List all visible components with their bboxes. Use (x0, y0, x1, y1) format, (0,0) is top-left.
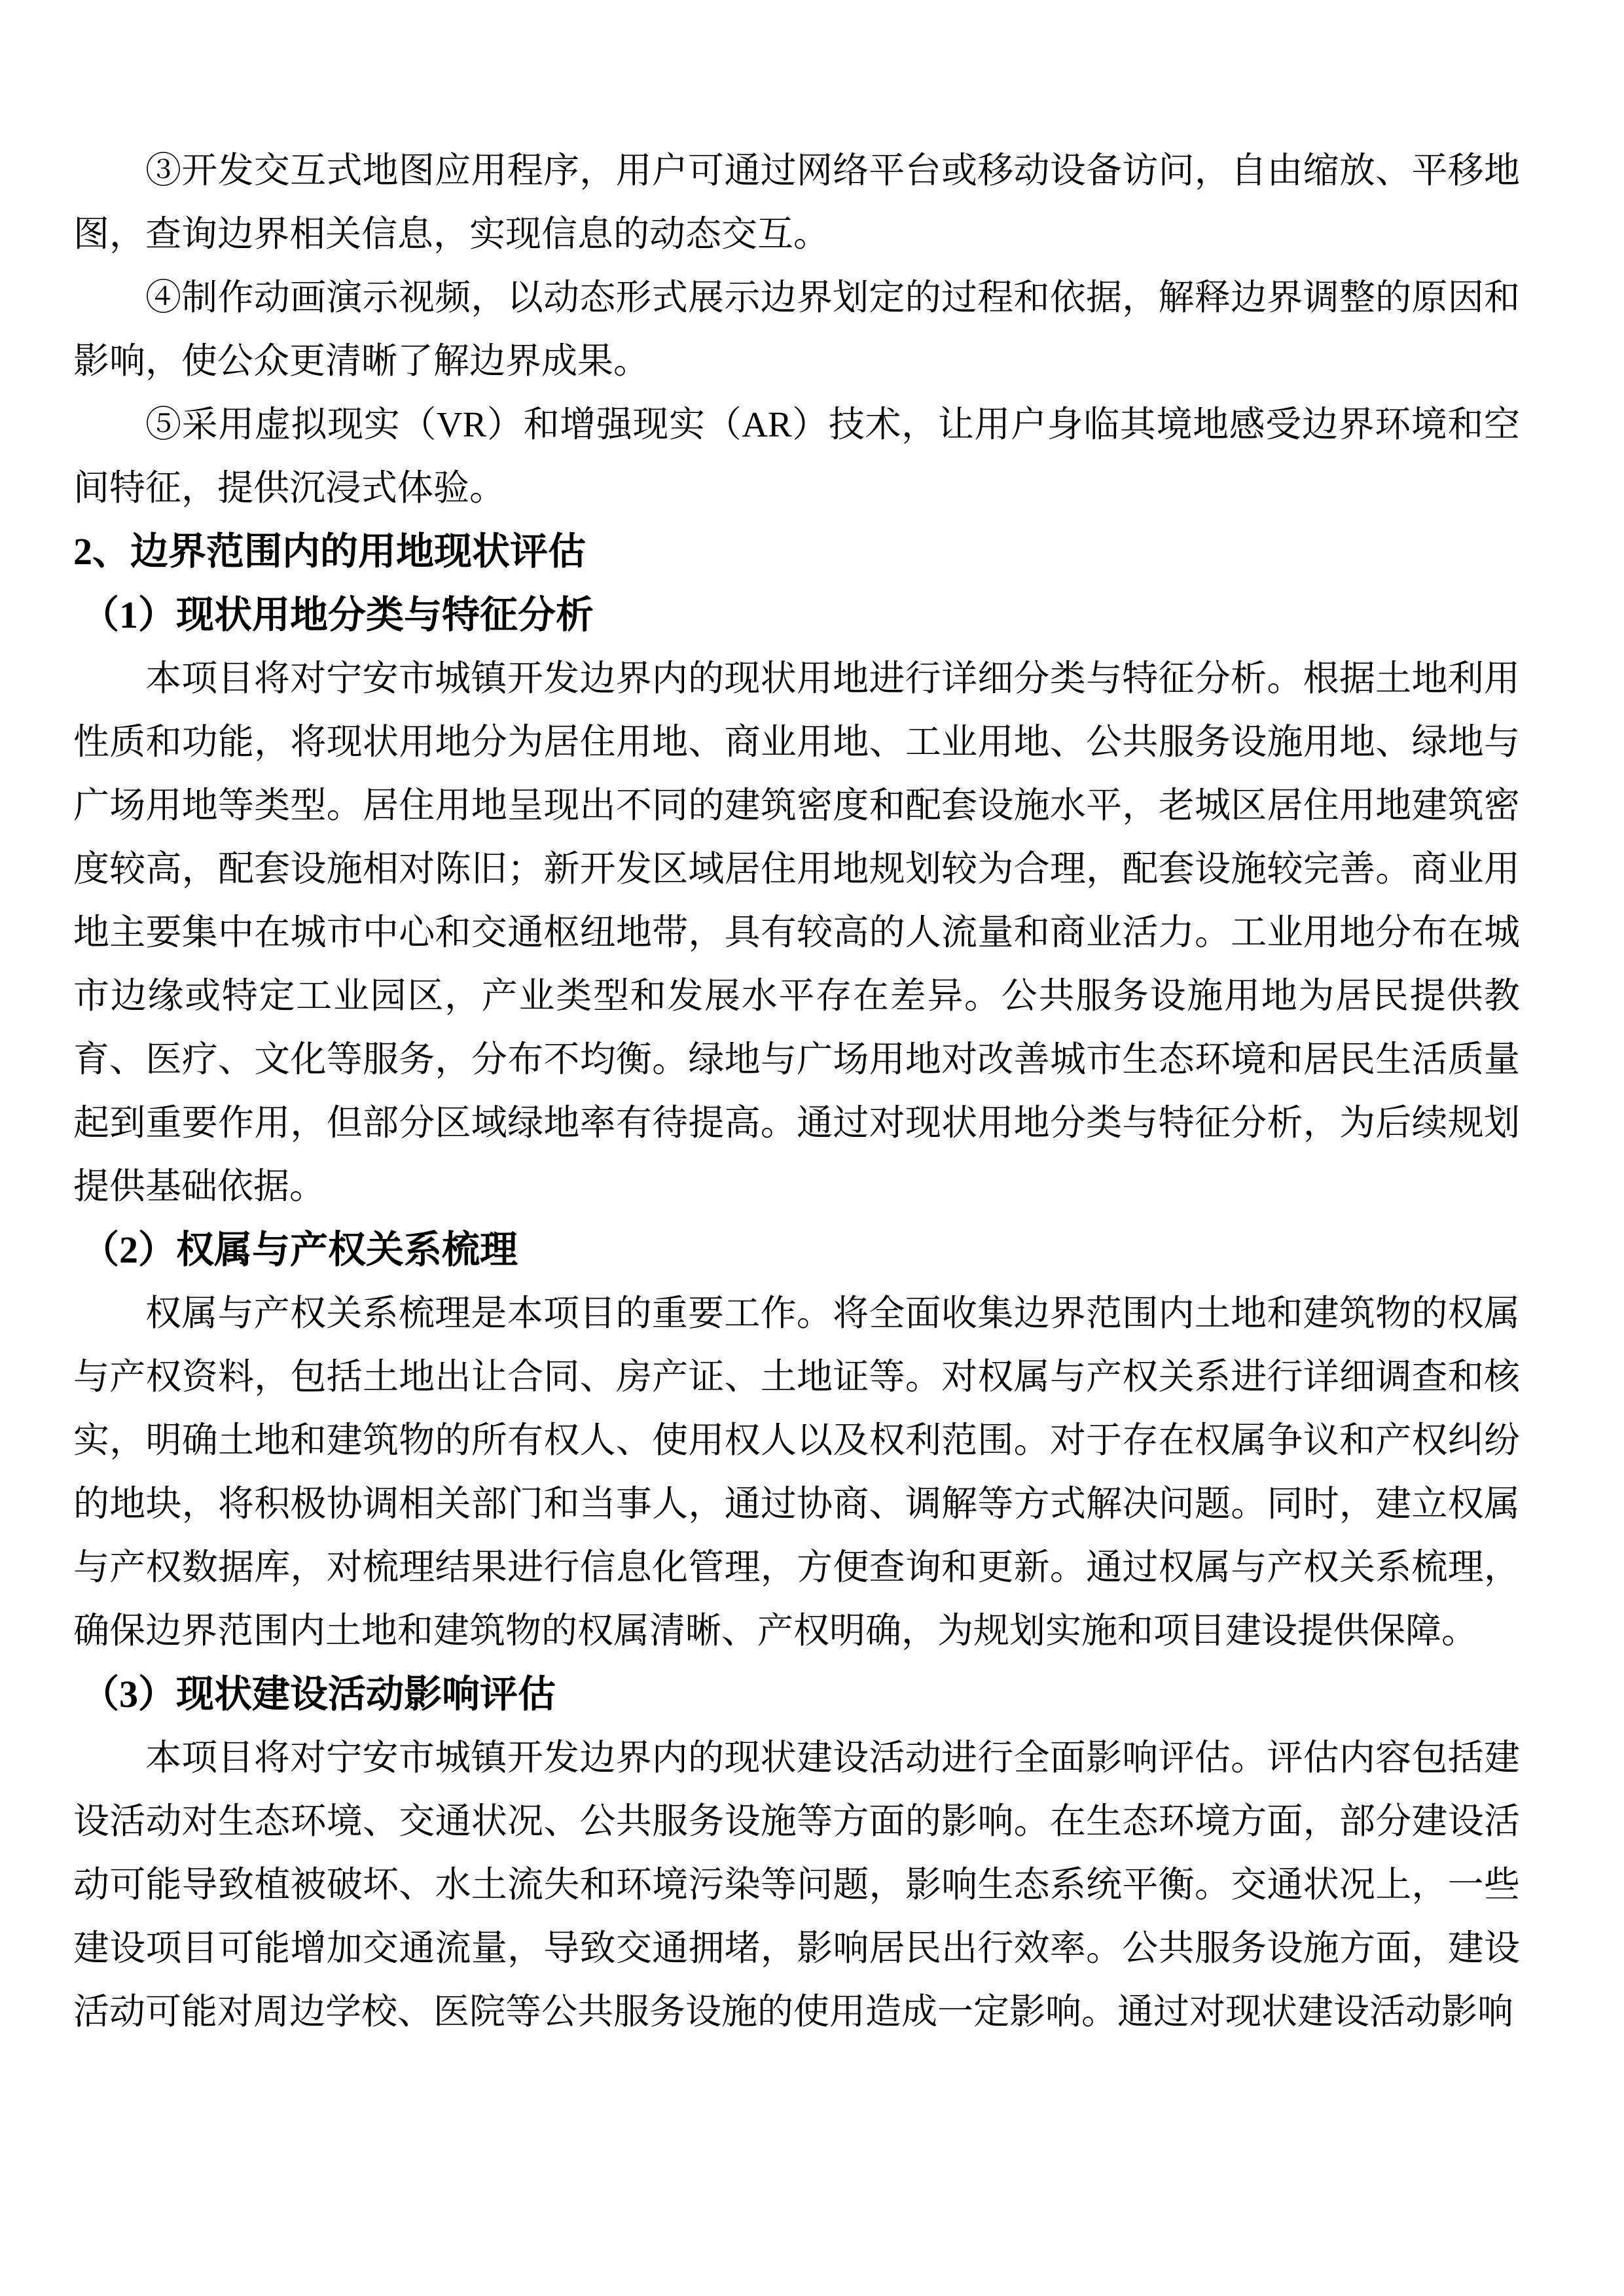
paragraph-ownership-sorting: 权属与产权关系梳理是本项目的重要工作。将全面收集边界范围内土地和建筑物的权属与产… (73, 1282, 1520, 1662)
subsection-heading-3-construction-impact: （3）现状建设活动影响评估 (73, 1662, 1520, 1726)
paragraph-construction-impact: 本项目将对宁安市城镇开发边界内的现状建设活动进行全面影响评估。评估内容包括建设活… (73, 1726, 1520, 2043)
document-text-block: ③开发交互式地图应用程序，用户可通过网络平台或移动设备访问，自由缩放、平移地图，… (73, 139, 1520, 2043)
section-heading-2-land-use-status: 2、边界范围内的用地现状评估 (73, 520, 1520, 583)
paragraph-land-use-classification: 本项目将对宁安市城镇开发边界内的现状用地进行详细分类与特征分析。根据土地利用性质… (73, 647, 1520, 1218)
paragraph-animation-video: ④制作动画演示视频，以动态形式展示边界划定的过程和依据，解释边界调整的原因和影响… (73, 266, 1520, 393)
document-page: ③开发交互式地图应用程序，用户可通过网络平台或移动设备访问，自由缩放、平移地图，… (0, 0, 1624, 2296)
paragraph-vr-ar: ⑤采用虚拟现实（VR）和增强现实（AR）技术，让用户身临其境地感受边界环境和空间… (73, 393, 1520, 520)
subsection-heading-2-ownership: （2）权属与产权关系梳理 (73, 1218, 1520, 1282)
paragraph-interactive-map: ③开发交互式地图应用程序，用户可通过网络平台或移动设备访问，自由缩放、平移地图，… (73, 139, 1520, 266)
subsection-heading-1-classification: （1）现状用地分类与特征分析 (73, 583, 1520, 647)
